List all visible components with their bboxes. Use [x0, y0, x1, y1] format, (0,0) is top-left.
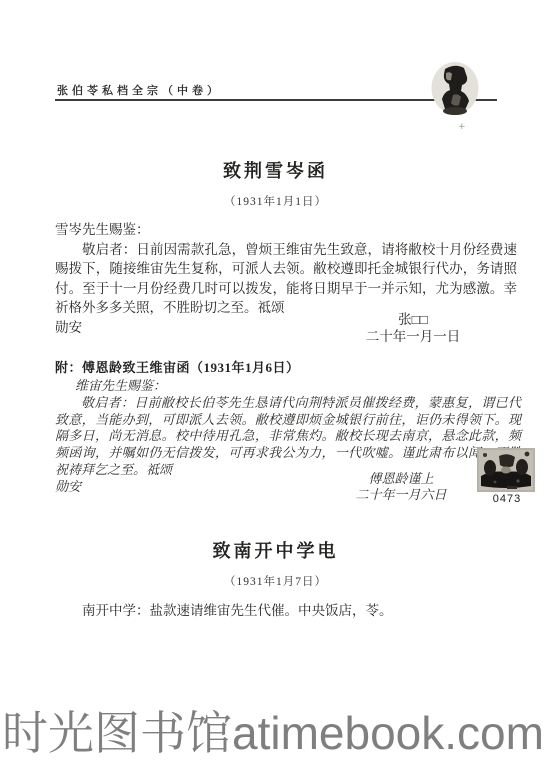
letter1-signature-block: 张□□ 二十年一月一日: [322, 311, 504, 345]
attachment-signature: 傅恩龄谨上: [318, 471, 484, 487]
attachment-salutation: 维宙先生赐鉴：: [75, 378, 521, 395]
letter1-paragraph: 敬启者：日前因需款孔急，曾烦王维宙先生致意，请将敝校十月份经费速赐拨下，随接维宙…: [55, 240, 517, 318]
letter1-sign-date: 二十年一月一日: [322, 328, 504, 345]
letter1-salutation: 雪岑先生赐鉴：: [55, 220, 517, 240]
letter2-date: （1931年1月7日）: [0, 573, 551, 589]
letter2-body: 南开中学：盐款速请维宙先生代催。中央饭店，苓。: [55, 599, 521, 619]
attachment-paragraph: 敬启者：日前敝校长伯苓先生恳请代向荆特派员催拨经费，蒙惠复，谓已代致意，当能办到…: [55, 395, 521, 479]
attachment-sign-date: 二十年一月六日: [318, 487, 484, 503]
letter1-date: （1931年1月1日）: [0, 193, 551, 209]
running-header-title: 张伯苓私档全宗（中卷）: [57, 82, 222, 98]
letter1-title: 致荆雪岑函: [0, 157, 551, 183]
letter1-signature: 张□□: [322, 311, 504, 328]
portrait-photo-icon: [431, 61, 479, 117]
letter2-title: 致南开中学电: [0, 537, 551, 563]
watermark-text: 时光图书馆atimebook.com: [2, 697, 551, 763]
attachment-heading: 附：傅恩龄致王维宙函（1931年1月6日）: [55, 357, 300, 376]
registration-mark: +: [458, 122, 466, 132]
archive-page-number: 0473: [477, 493, 537, 505]
stamp-photo-icon: [477, 448, 535, 492]
scanned-book-page: 张伯苓私档全宗（中卷） + 致荆雪岑函 （1931年1月1日） 雪岑先生赐鉴： …: [0, 0, 551, 768]
attachment-signature-block: 傅恩龄谨上 二十年一月六日: [318, 471, 484, 503]
archive-stamp: 0473: [477, 448, 537, 505]
